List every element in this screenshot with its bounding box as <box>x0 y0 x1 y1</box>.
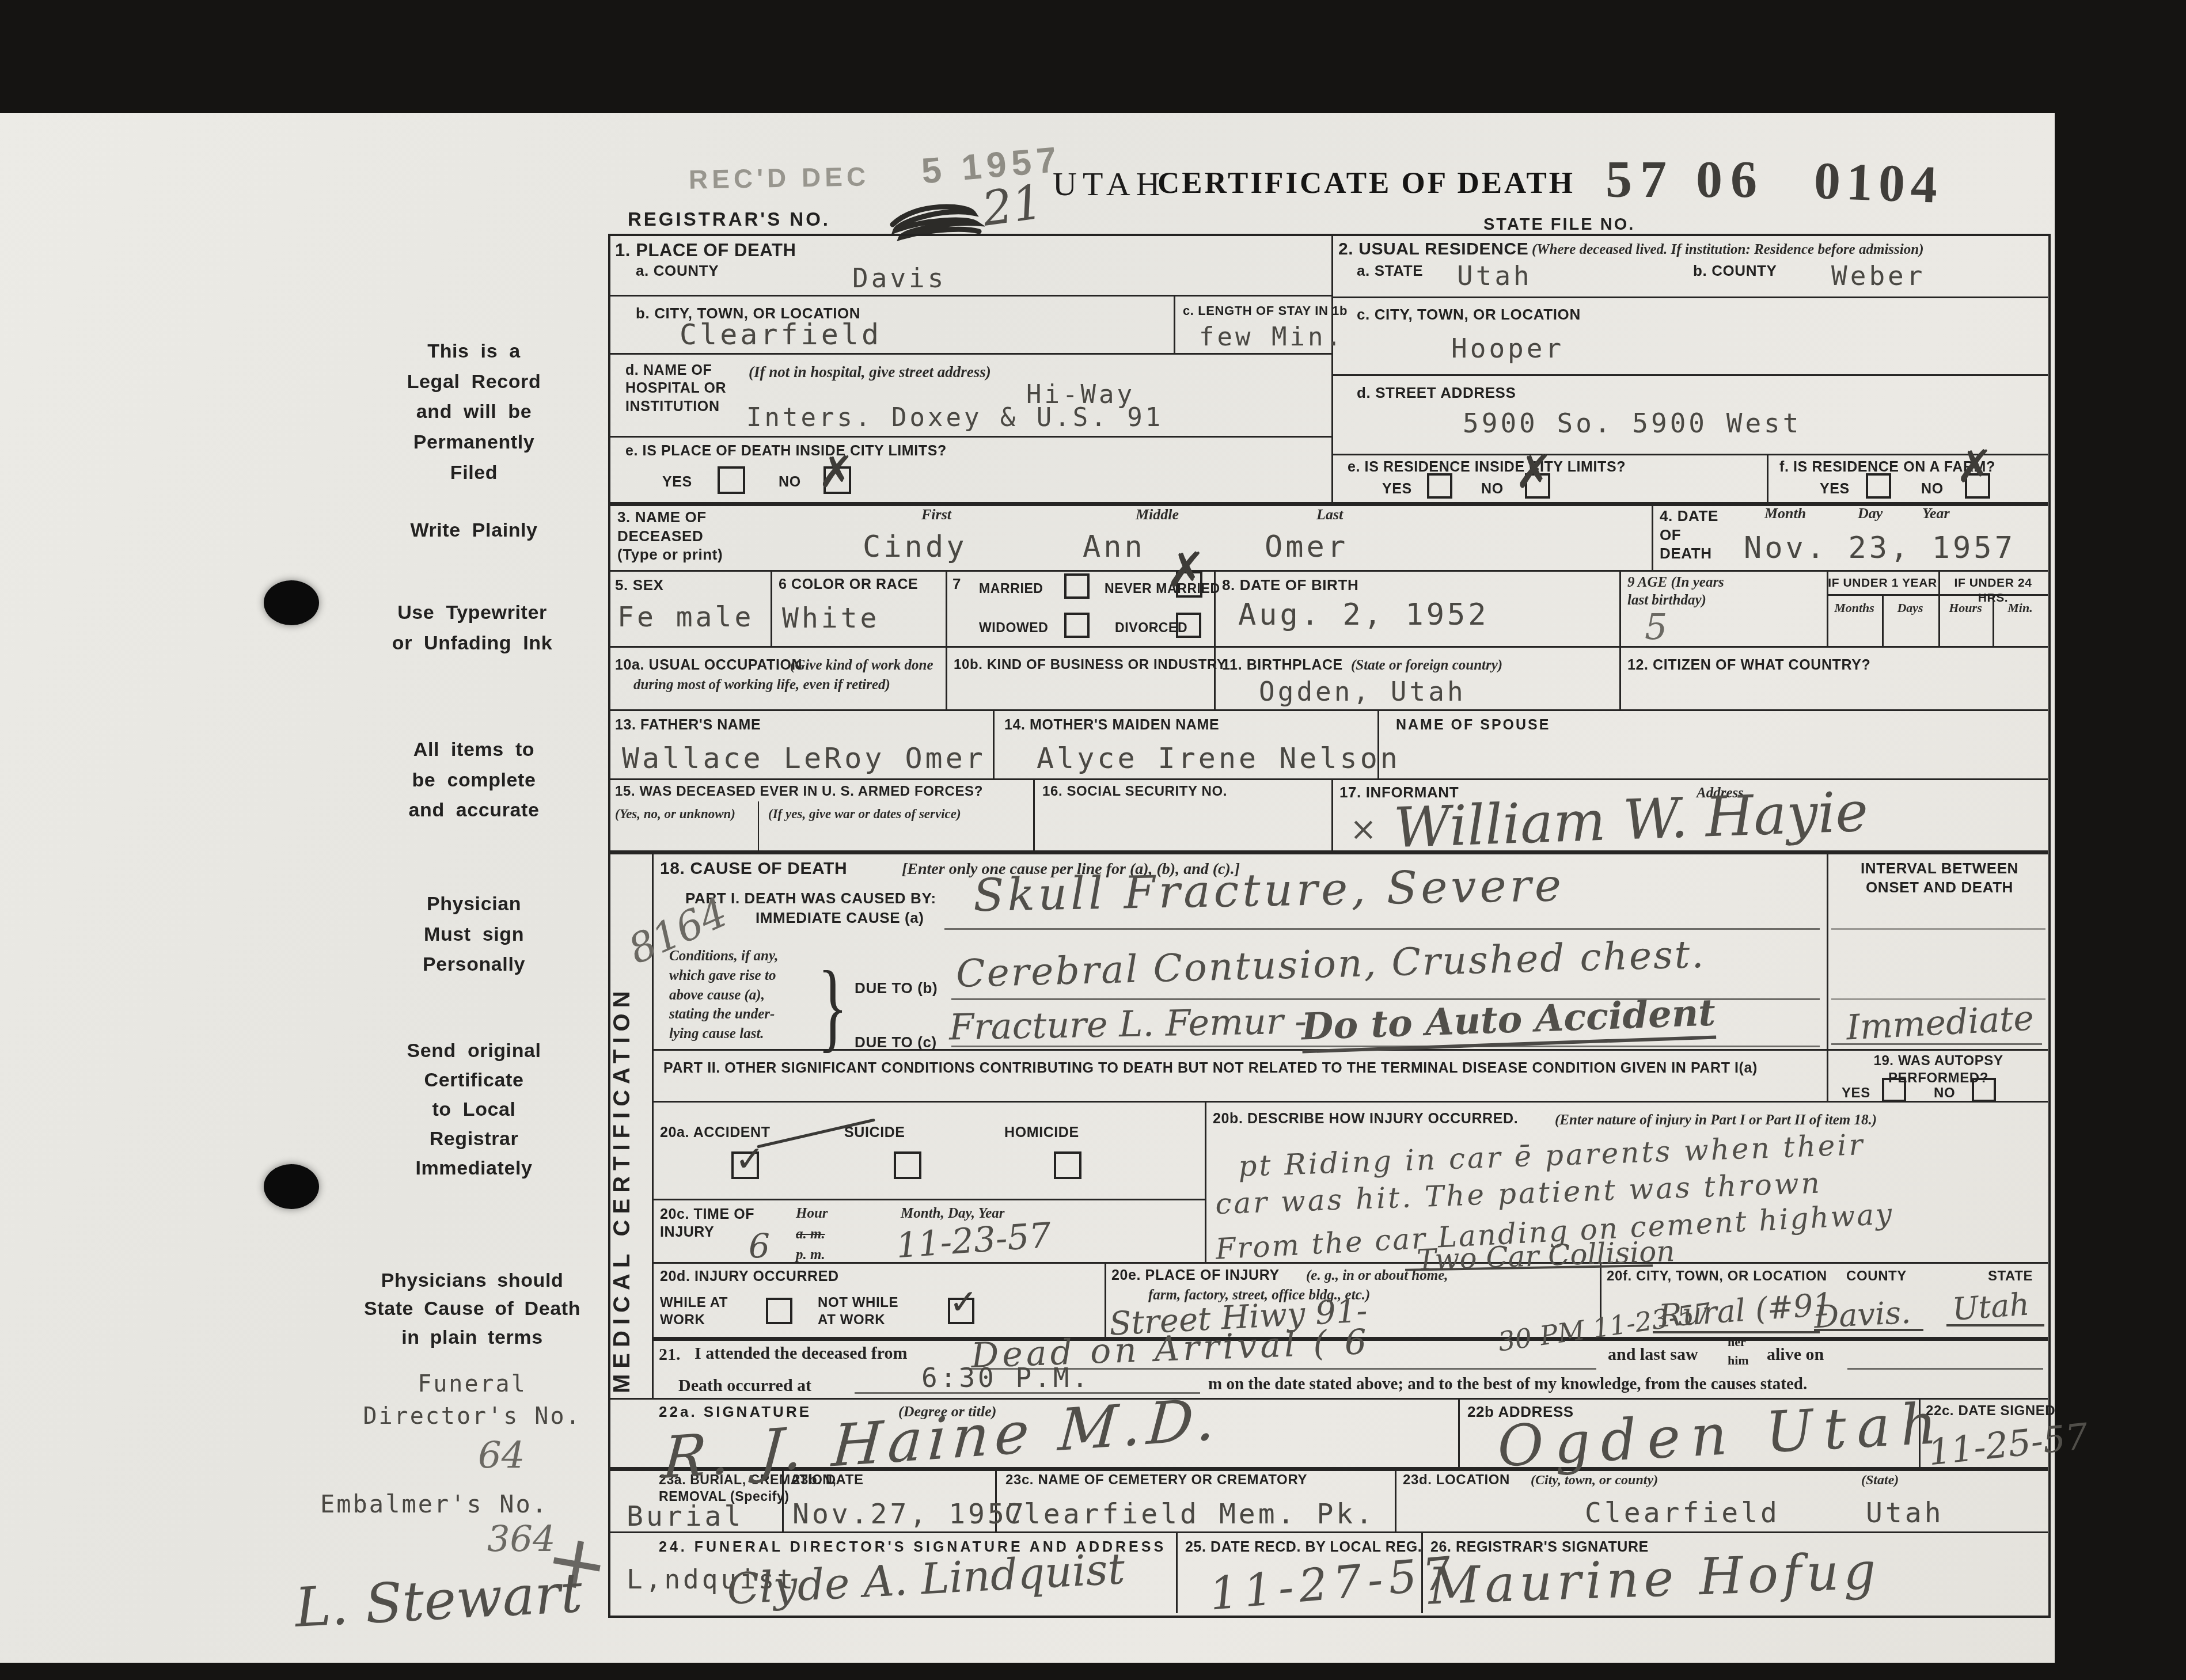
burial-state-hint: (State) <box>1861 1472 1899 1489</box>
funeral-director-no-value: 64 <box>478 1435 525 1477</box>
interval-label: INTERVAL BETWEEN ONSET AND DEATH <box>1835 859 2044 896</box>
grid-line <box>608 778 2048 780</box>
grid-line <box>608 353 1331 355</box>
part2-label: PART II. OTHER SIGNIFICANT CONDITIONS CO… <box>663 1059 1809 1077</box>
grid-line <box>1331 297 2048 298</box>
under-1-year-label: IF UNDER 1 YEAR <box>1827 576 1938 591</box>
am-label: a. m. <box>796 1225 825 1243</box>
father-label: 13. FATHER'S NAME <box>615 716 761 734</box>
residence-limits-no-mark: ✗ <box>1515 449 1553 495</box>
father-value: Wallace LeRoy Omer <box>622 742 986 775</box>
punch-hole-bottom <box>264 1164 319 1209</box>
injury-state-value: Utah <box>1951 1286 2031 1327</box>
hour-value: 6 <box>749 1226 770 1265</box>
occupation-label: 10a. USUAL OCCUPATION <box>615 656 802 674</box>
date-of-death-value: Nov. 23, 1957 <box>1744 531 2016 565</box>
grid-line <box>1105 1262 1106 1337</box>
cause-a-value: Skull Fracture, Severe <box>973 860 1565 922</box>
business-label: 10b. KIND OF BUSINESS OR INDUSTRY <box>954 656 1227 674</box>
grid-line <box>1395 1467 1396 1531</box>
burial-date-value: Nov.27, 1957 <box>792 1498 1027 1530</box>
registrar-no-value: 21 <box>979 174 1046 237</box>
widowed-label: WIDOWED <box>979 619 1048 636</box>
armed-forces-hint-2: (If yes, give war or dates of service) <box>768 806 961 823</box>
first-name-value: Cindy <box>863 530 967 564</box>
divorced-checkbox <box>1176 613 1201 638</box>
place-of-death-title: 1. PLACE OF DEATH <box>615 240 796 262</box>
street-address-value: 5900 So. 5900 West <box>1463 408 1802 439</box>
autopsy-no-checkbox <box>1972 1078 1996 1102</box>
title-main: CERTIFICATE OF DEATH <box>1157 166 1575 200</box>
residence-city-limits-label: e. IS RESIDENCE INSIDE CITY LIMITS? <box>1348 458 1626 476</box>
describe-injury-label: 20b. DESCRIBE HOW INJURY OCCURRED. <box>1213 1110 1518 1128</box>
county-value: Davis <box>852 263 946 294</box>
grid-line <box>608 1531 2048 1533</box>
birthplace-hint: (State or foreign country) <box>1351 656 1502 674</box>
last-saw-label: and last saw <box>1608 1345 1698 1364</box>
grid-line <box>758 801 759 850</box>
place-of-injury-label: 20e. PLACE OF INJURY <box>1111 1267 1280 1284</box>
grid-line <box>608 709 2048 711</box>
farm-no-mark: ✗ <box>1956 444 1993 489</box>
autopsy-yes-checkbox <box>1882 1078 1906 1102</box>
attended-label: I attended the deceased from <box>694 1344 907 1363</box>
received-stamp: REC'D DEC <box>689 161 870 195</box>
cause-c-value-1: Fracture L. Femur - <box>948 1000 1307 1048</box>
grid-line <box>1827 850 1828 1101</box>
grid-line <box>1331 374 2048 376</box>
hospital-value-2: Inters. Doxey & U.S. 91 <box>746 403 1163 432</box>
usual-residence-title: 2. USUAL RESIDENCE <box>1338 238 1528 260</box>
margin-state-cause: Physicians should State Cause of Death i… <box>311 1267 633 1352</box>
length-of-stay-value: few Min. <box>1199 322 1344 352</box>
race-label: 6 COLOR OR RACE <box>779 576 918 594</box>
margin-send-original: Send original Certificate to Local Regis… <box>344 1036 604 1183</box>
margin-all-items: All items to be complete and accurate <box>344 735 604 826</box>
sex-label: 5. SEX <box>615 576 664 595</box>
residence-state-label: a. STATE <box>1357 261 1423 280</box>
homicide-label: HOMICIDE <box>1004 1124 1079 1142</box>
injury-county-label: COUNTY <box>1846 1268 1907 1285</box>
him-label: him <box>1728 1353 1749 1368</box>
day-hint: Day <box>1858 504 1883 523</box>
ssn-label: 16. SOCIAL SECURITY NO. <box>1042 783 1227 800</box>
grid-line <box>1331 454 2048 455</box>
death-city-limits-label: e. IS PLACE OF DEATH INSIDE CITY LIMITS? <box>625 442 947 460</box>
injury-city-label: 20f. CITY, TOWN, OR LOCATION <box>1607 1268 1827 1285</box>
name-deceased-label: 3. NAME OF DECEASED (Type or print) <box>617 508 723 564</box>
residence-limits-no-label: NO <box>1481 480 1504 498</box>
margin-legal-record: This is a Legal Record and will be Perma… <box>344 336 604 488</box>
death-limits-yes-label: YES <box>662 473 692 491</box>
marital-number: 7 <box>952 575 961 594</box>
part1-label: PART I. DEATH WAS CAUSED BY: <box>685 889 936 908</box>
farm-yes-checkbox <box>1866 473 1891 499</box>
year-hint: Year <box>1922 504 1950 523</box>
grid-line <box>608 436 1331 438</box>
cause-of-death-label: 18. CAUSE OF DEATH <box>660 858 847 880</box>
describe-injury-hint: (Enter nature of injury in Part I or Par… <box>1555 1111 1877 1129</box>
autopsy-no-label: NO <box>1934 1085 1955 1102</box>
due-to-c-label: DUE TO (c) <box>855 1033 937 1052</box>
middle-name-value: Ann <box>1083 530 1145 564</box>
death-time-value: 6:30 P.M. <box>921 1362 1091 1393</box>
margin-use-typewriter: Use Typewriter or Unfading Ink <box>322 598 622 658</box>
date-of-death-label: 4. DATE OF DEATH <box>1660 507 1718 563</box>
statement-suffix: m on the date stated above; and to the b… <box>1208 1375 1807 1394</box>
residence-limits-yes-label: YES <box>1382 480 1412 498</box>
injury-occurred-label: 20d. INJURY OCCURRED <box>660 1268 839 1286</box>
embalmer-no-value: 364 <box>487 1518 555 1560</box>
residence-county-label: b. COUNTY <box>1693 261 1777 280</box>
hour-hint: Hour <box>796 1204 828 1222</box>
occupation-hint-1: (Give kind of work done <box>790 656 933 674</box>
citizen-label: 12. CITIZEN OF WHAT COUNTRY? <box>1627 656 1870 674</box>
grid-line <box>946 570 947 709</box>
not-while-at-work-label: NOT WHILE AT WORK <box>818 1294 898 1329</box>
burial-location-label: 23d. LOCATION <box>1403 1472 1510 1489</box>
grid-line <box>1174 295 1175 353</box>
month-hint: Month <box>1764 504 1806 523</box>
immediate-cause-label: IMMEDIATE CAUSE (a) <box>756 909 924 928</box>
widowed-checkbox <box>1064 613 1090 638</box>
interval-line-3 <box>1831 1043 2042 1045</box>
embalmer-no-label: Embalmer's No. <box>320 1490 548 1518</box>
hours-label: Hours <box>1938 600 1993 616</box>
grid-line <box>1331 778 1333 850</box>
length-of-stay-label: c. LENGTH OF STAY IN 1b <box>1183 303 1348 319</box>
hospital-hint: (If not in hospital, give street address… <box>749 363 991 382</box>
married-checkbox <box>1064 573 1090 599</box>
attended-num: 21. <box>659 1345 681 1364</box>
pm-label: p. m. <box>796 1246 825 1264</box>
state-file-label: STATE FILE NO. <box>1483 214 1635 235</box>
hospital-label: d. NAME OF HOSPITAL OR INSTITUTION <box>625 362 726 416</box>
dob-value: Aug. 2, 1952 <box>1238 598 1489 632</box>
while-at-work-label: WHILE AT WORK <box>660 1294 728 1329</box>
grid-line <box>1458 1398 1460 1467</box>
city-value: Clearfield <box>680 318 882 351</box>
farm-no-label: NO <box>1921 480 1944 498</box>
injury-state-underline <box>1946 1324 2044 1326</box>
grid-line <box>1331 234 1333 502</box>
injury-state-label: STATE <box>1988 1268 2033 1285</box>
informant-x-mark: × <box>1350 811 1377 848</box>
grid-line <box>1033 778 1035 850</box>
grid-line <box>608 570 2048 572</box>
conditions-note: Conditions, if any, which gave rise to a… <box>669 947 778 1044</box>
age-label: 9 AGE (In years last birthday) <box>1627 573 1724 610</box>
farm-yes-label: YES <box>1820 480 1850 498</box>
cemetery-value: Clearfield Mem. Pk. <box>1004 1498 1375 1530</box>
grid-line <box>1767 454 1768 502</box>
first-hint: First <box>921 505 951 524</box>
min-label: Min. <box>1993 600 2048 616</box>
interval-line-1 <box>1831 928 2045 930</box>
grid-line <box>652 1262 2048 1264</box>
last-hint: Last <box>1316 505 1343 524</box>
middle-hint: Middle <box>1136 505 1179 524</box>
street-address-label: d. STREET ADDRESS <box>1357 383 1516 402</box>
grid-line <box>1652 502 1653 570</box>
residence-county-value: Weber <box>1831 260 1925 291</box>
funeral-director-no-label: Funeral Director's No. <box>328 1368 616 1432</box>
her-label: her <box>1728 1335 1746 1350</box>
residence-state-value: Utah <box>1457 260 1532 291</box>
grid-line <box>652 1101 2048 1103</box>
never-married-mark: ✗ <box>1166 546 1206 594</box>
grid-line <box>1205 1101 1206 1262</box>
grid-line <box>1619 570 1621 709</box>
age-value: 5 <box>1645 606 1667 648</box>
mother-label: 14. MOTHER'S MAIDEN NAME <box>1004 716 1219 734</box>
occupation-hint-2: during most of working life, even if ret… <box>633 676 890 694</box>
death-limits-no-mark: ✗ <box>818 450 855 494</box>
burial-state-value: Utah <box>1866 1497 1944 1529</box>
county-label: a. COUNTY <box>636 261 719 280</box>
usual-residence-hint: (Where deceased lived. If institution: R… <box>1532 241 1923 259</box>
not-while-at-work-mark: ✓ <box>949 1285 978 1320</box>
while-at-work-checkbox <box>766 1298 792 1324</box>
dob-label: 8. DATE OF BIRTH <box>1222 576 1358 595</box>
autopsy-label: 19. WAS AUTOPSY PERFORMED? <box>1835 1052 2042 1087</box>
homicide-checkbox <box>1054 1151 1081 1179</box>
grid-line <box>608 850 2048 854</box>
grid-line <box>771 570 772 646</box>
state-file-value-b: 0104 <box>1813 150 1944 215</box>
armed-forces-label: 15. WAS DECEASED EVER IN U. S. ARMED FOR… <box>615 783 983 800</box>
margin-physician-sign: Physician Must sign Personally <box>344 889 604 980</box>
conditions-brace: } <box>818 949 848 1064</box>
sex-value: Fe male <box>617 601 754 633</box>
grid-line <box>1176 1531 1178 1613</box>
time-of-injury-label: 20c. TIME OF INJURY <box>660 1206 754 1242</box>
autopsy-yes-label: YES <box>1842 1085 1870 1102</box>
death-occurred-label: Death occurred at <box>678 1376 811 1396</box>
race-value: White <box>782 602 880 634</box>
armed-forces-hint-1: (Yes, no, or unknown) <box>615 806 735 823</box>
months-label: Months <box>1827 600 1882 616</box>
state-file-value-a: 57 06 <box>1606 149 1765 210</box>
birthplace-value: Ogden, Utah <box>1259 676 1466 707</box>
spouse-label: NAME OF SPOUSE <box>1396 716 1550 734</box>
alive-on-label: alive on <box>1767 1345 1824 1364</box>
punch-hole-top <box>264 580 319 625</box>
married-label: MARRIED <box>979 580 1043 597</box>
burial-value: Burial <box>627 1500 743 1533</box>
margin-write-plainly: Write Plainly <box>344 518 604 543</box>
residence-city-label: c. CITY, TOWN, OR LOCATION <box>1357 305 1581 324</box>
death-limits-yes-checkbox <box>718 466 745 494</box>
cause-a-line <box>944 928 1820 930</box>
grid-line <box>652 1199 1205 1200</box>
residence-city-value: Hooper <box>1451 333 1564 364</box>
title-utah: UTAH <box>1053 165 1166 203</box>
alive-on-blank-line <box>1847 1368 2043 1370</box>
days-label: Days <box>1882 600 1938 616</box>
death-limits-no-label: NO <box>779 473 801 491</box>
burial-location-value: Clearfield <box>1585 1497 1780 1529</box>
grid-line <box>608 646 2048 648</box>
registrar-no-label: REGISTRAR'S NO. <box>628 207 830 231</box>
cemetery-label: 23c. NAME OF CEMETERY OR CREMATORY <box>1005 1472 1307 1489</box>
grid-line <box>608 295 1331 297</box>
mother-value: Alyce Irene Nelson <box>1037 742 1401 775</box>
grid-line <box>993 709 995 778</box>
last-name-value: Omer <box>1265 530 1348 564</box>
suicide-checkbox <box>894 1151 921 1179</box>
due-to-b-label: DUE TO (b) <box>855 979 938 998</box>
birthplace-label: 11. BIRTHPLACE <box>1222 656 1343 674</box>
injury-county-underline <box>1814 1329 1923 1331</box>
suicide-label: SUICIDE <box>844 1124 905 1142</box>
residence-limits-yes-checkbox <box>1427 473 1452 499</box>
